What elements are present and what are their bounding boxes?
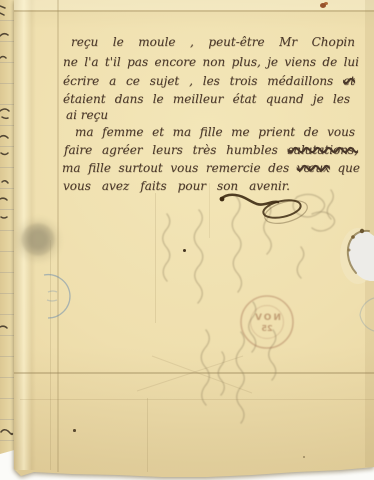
postmark-stamp: NOV 25 [241, 296, 293, 348]
letter-line: ma femme et ma fille me prient de vous [75, 123, 355, 142]
diagonal-creases [137, 356, 252, 393]
crease-vertical-middle [155, 193, 156, 323]
crease-vertical-bottom [147, 398, 148, 472]
bleedthrough-writing [163, 190, 335, 423]
letter-line: reçu le moule , peut-être Mr Chopin [71, 33, 355, 52]
yellow-speck [7, 127, 10, 130]
letter-text-segment: ne l'a t'il pas encore non plus, je vien… [63, 55, 359, 69]
wax-speck [320, 3, 326, 8]
letter-text-segment: ma femme et ma fille me prient de vous [75, 125, 355, 139]
letter-text-segment: ai reçu [66, 108, 108, 122]
crease-vertical-lower-left [50, 240, 51, 470]
letter-line: faire agréer leurs très humbles salutati… [64, 141, 358, 160]
signature-flourish [220, 195, 310, 228]
letter-text-segment: que [337, 161, 360, 175]
struck-word: salutations, [288, 143, 358, 157]
letter-text-segment: reçu le moule , peut-être Mr Chopin [71, 35, 355, 49]
right-edge-shading [365, 0, 374, 467]
struck-word: et [343, 74, 355, 88]
ink-dot [183, 249, 186, 252]
postmark-month: NOV [253, 313, 281, 323]
letter-sheet-wrap: reçu le moule , peut-être Mr Chopin ne l… [0, 0, 374, 480]
letter-line: vous avez faits pour son avenir. [63, 177, 290, 196]
letter-line: écrire a ce sujet , les trois médaillons… [63, 72, 355, 91]
scanned-letter-page: { "document": { "kind": "scanned-handwri… [0, 0, 374, 480]
blue-stamp-left [44, 275, 70, 318]
letter-sheet: reçu le moule , peut-être Mr Chopin ne l… [0, 0, 374, 480]
small-speck [73, 429, 76, 432]
crease-horizontal-fold [14, 372, 374, 374]
postmark-day: 25 [261, 324, 273, 333]
ink-stain [21, 223, 55, 256]
letter-text-segment: ma fille surtout vous remercie des [62, 161, 289, 175]
letter-text-segment: vous avez faits pour son avenir. [63, 179, 290, 193]
letter-text-segment: écrire a ce sujet , les trois médaillons [63, 74, 333, 88]
letter-line: ma fille surtout vous remercie des vœux … [62, 159, 360, 178]
crease-horizontal-faint [20, 399, 374, 400]
struck-word: vœux [297, 161, 330, 175]
letter-text-segment: étaient dans le meilleur état quand je l… [63, 92, 350, 106]
letter-text-segment: faire agréer leurs très humbles [64, 143, 278, 157]
letter-line: ne l'a t'il pas encore non plus, je vien… [63, 53, 359, 72]
crease-horizontal-top [14, 10, 374, 12]
small-speck [303, 456, 305, 458]
